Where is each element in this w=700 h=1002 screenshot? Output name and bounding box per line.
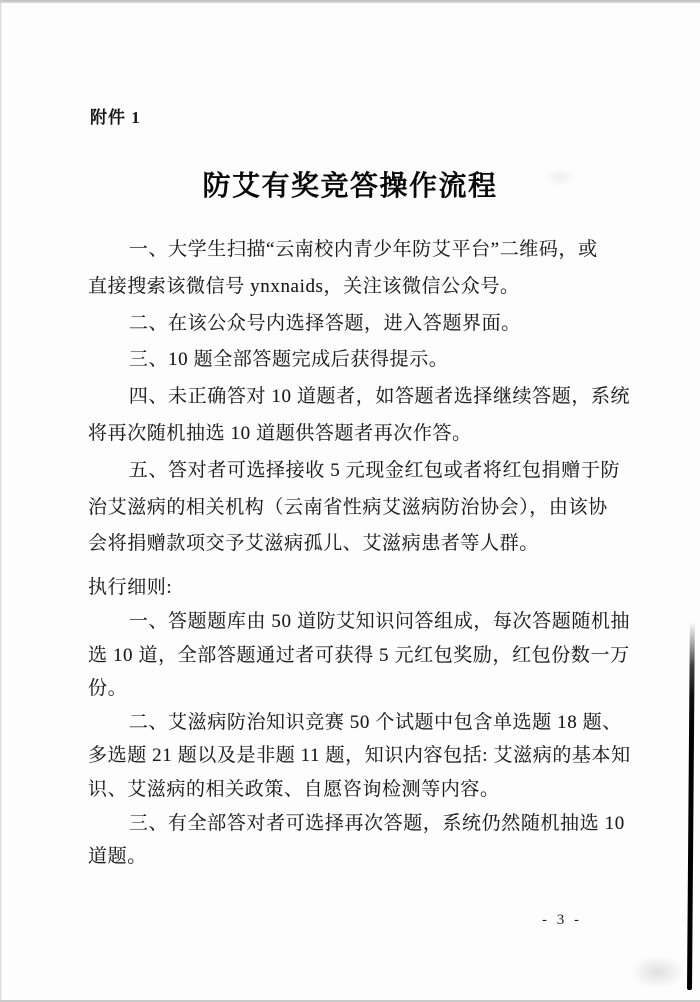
body-line: 份。 [88,672,622,706]
body-line: 识、艾滋病的相关政策、自愿咨询检测等内容。 [88,773,622,807]
body-line: 将再次随机抽选 10 道题供答题者再次作答。 [88,416,622,453]
body-line: 多选题 21 题以及是非题 11 题，知识内容包括: 艾滋病的基本知 [88,739,622,773]
scan-right-edge-shadow [687,622,695,990]
body-line: 会将捐赠款项交予艾滋病孤儿、艾滋病患者等人群。 [88,526,622,563]
scan-smudge [630,955,685,989]
document-title: 防艾有奖竞答操作流程 [0,164,700,204]
scan-left-border [0,0,2,1002]
rules-paragraphs: 一、答题题库由 50 道防艾知识问答组成，每次答题随机抽 选 10 道，全部答题… [88,605,622,874]
section-heading: 执行细则: [88,571,622,605]
attachment-label: 附件 1 [90,103,141,128]
body-line: 二、艾滋病防治知识竞赛 50 个试题中包含单选题 18 题、 [88,706,622,740]
body-line: 一、大学生扫描“云南校内青少年防艾平台”二维码，或 [88,232,622,269]
body-line: 道题。 [88,840,622,874]
body-line: 三、有全部答对者可选择再次答题，系统仍然随机抽选 10 [88,807,622,841]
body-line: 一、答题题库由 50 道防艾知识问答组成，每次答题随机抽 [88,605,622,639]
body-line: 五、答对者可选择接收 5 元现金红包或者将红包捐赠于防 [88,453,622,490]
scanned-document-page: 附件 1 防艾有奖竞答操作流程 一、大学生扫描“云南校内青少年防艾平台”二维码，… [0,0,700,1002]
page-number: - 3 - [542,912,582,929]
procedure-paragraphs: 一、大学生扫描“云南校内青少年防艾平台”二维码，或 直接搜索该微信号 ynxna… [88,232,622,563]
body-line: 直接搜索该微信号 ynxnaids，关注该微信公众号。 [88,269,622,306]
body-line: 二、在该公众号内选择答题，进入答题界面。 [88,306,622,343]
body-line: 治艾滋病的相关机构（云南省性病艾滋病防治协会），由该协 [88,490,622,527]
scan-top-border [0,0,700,3]
body-line: 四、未正确答对 10 道题者，如答题者选择继续答题，系统 [88,379,622,416]
body-line: 三、10 题全部答题完成后获得提示。 [88,342,622,379]
body-line: 选 10 道，全部答题通过者可获得 5 元红包奖励，红包份数一万 [88,639,622,673]
